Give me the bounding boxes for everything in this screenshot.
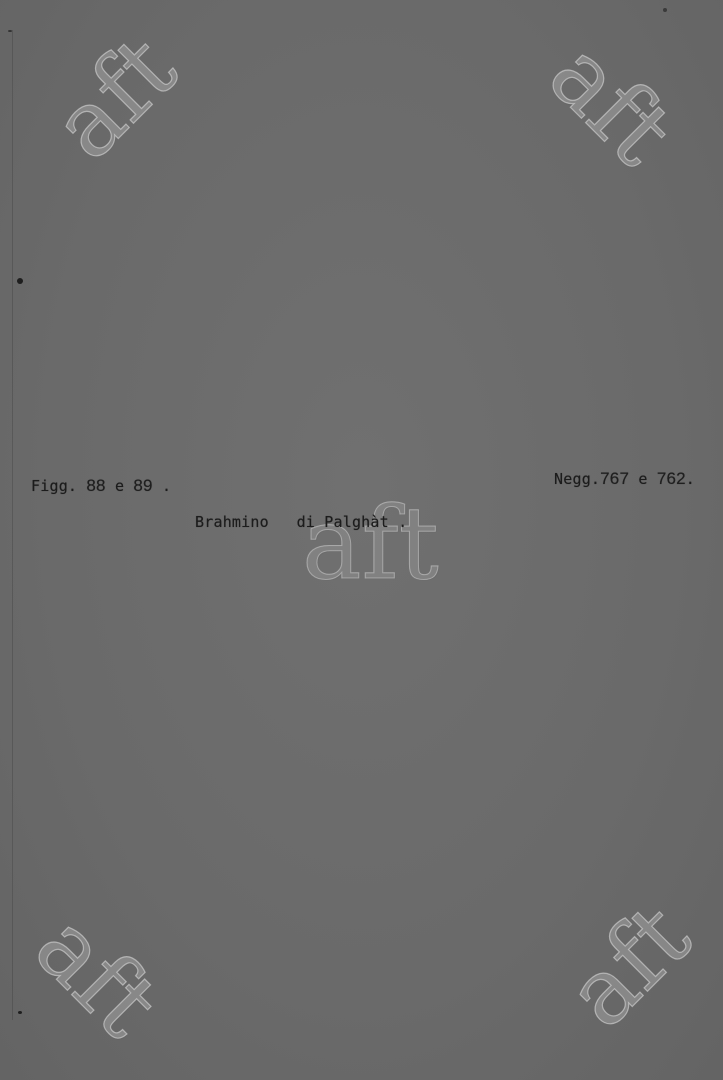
negative-number-2: 762 [657, 469, 686, 488]
watermark-top-left: aft [38, 21, 192, 175]
ink-speck [18, 1011, 22, 1014]
negatives-conjunction: e [638, 470, 647, 488]
caption-subject: Brahmino [195, 513, 269, 531]
figures-reference: Figg. 88 e 89 . [31, 476, 171, 496]
archival-card: aft aft aft aft Figg. 88 e 89 . Negg.767… [0, 0, 723, 1080]
watermark-center: aft [302, 494, 439, 594]
figures-prefix: Figg. [31, 477, 77, 495]
caption-end: . [398, 513, 407, 531]
figures-end: . [162, 477, 171, 495]
watermark-bottom-left: aft [20, 899, 174, 1053]
figure-number-2: 89 [133, 476, 152, 495]
figures-conjunction: e [115, 477, 124, 495]
negatives-end: . [686, 470, 695, 488]
figure-number-1: 88 [86, 476, 105, 495]
negatives-reference: Negg.767 e 762. [554, 469, 695, 489]
watermark-top-right: aft [534, 27, 688, 181]
negative-number-1: 767 [600, 469, 629, 488]
ink-speck [8, 30, 12, 32]
watermark-bottom-right: aft [552, 889, 706, 1043]
caption-location: di Palghàt [297, 513, 389, 531]
ink-speck [17, 278, 23, 284]
ink-speck [663, 8, 667, 12]
card-edge-line [12, 30, 13, 1020]
negatives-prefix: Negg. [554, 470, 600, 488]
photo-caption: Brahmino di Palghàt . [195, 513, 407, 531]
